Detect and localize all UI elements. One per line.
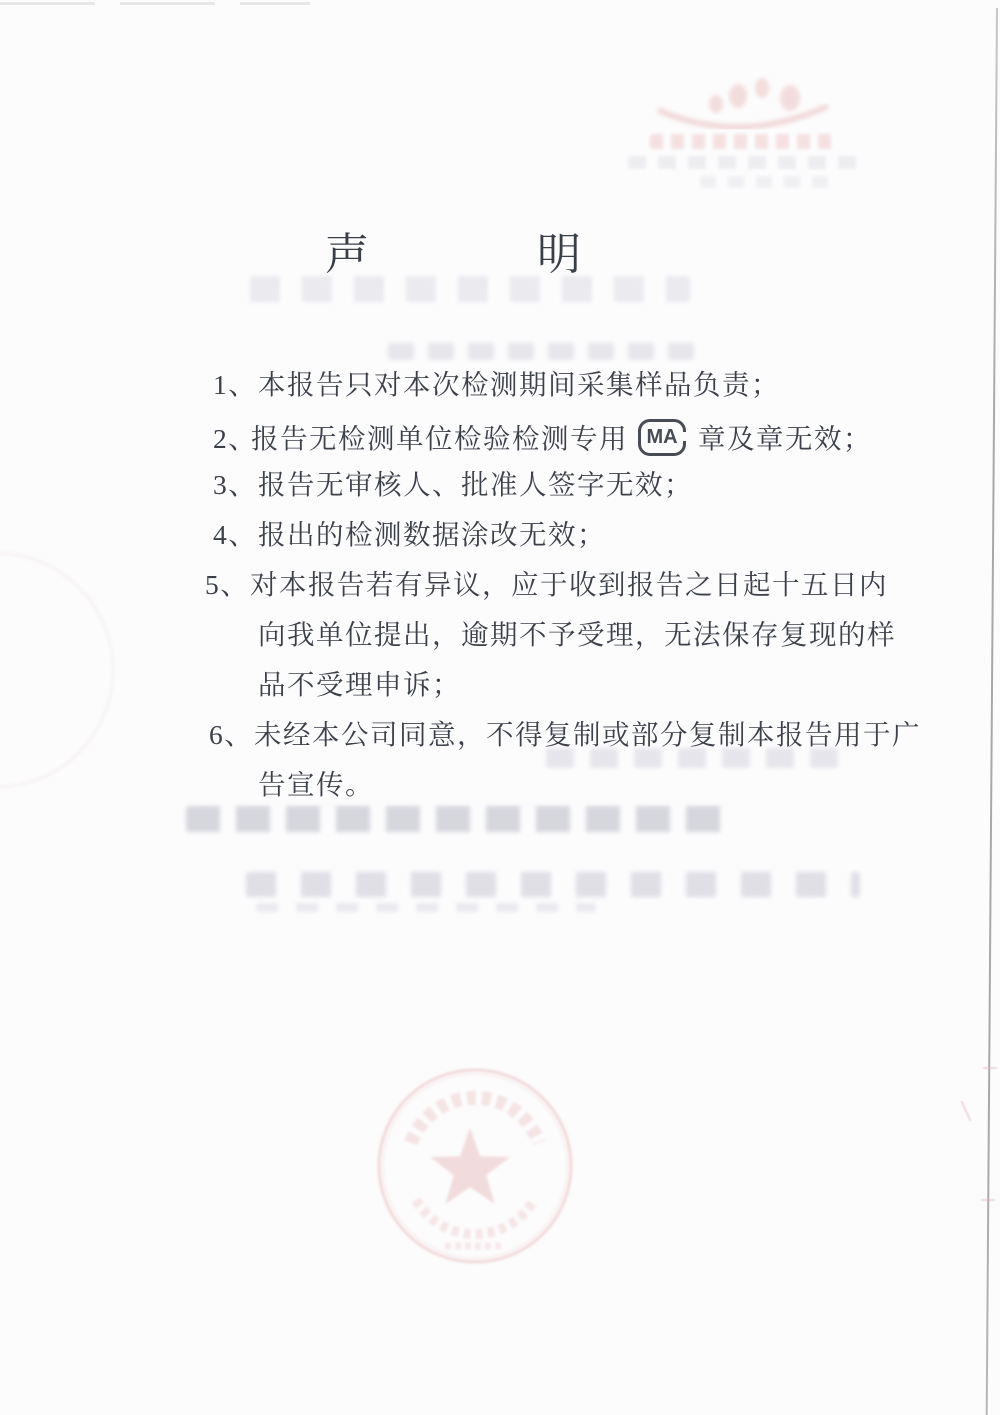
bleed-row-lower-2	[246, 872, 860, 897]
bleed-text-row	[700, 176, 832, 188]
page-title: 声 明	[325, 218, 583, 282]
bleed-digits-row	[650, 134, 836, 149]
item-text: 品不受理申诉；	[213, 664, 873, 714]
bleed-row-under-title	[250, 276, 690, 302]
item-text: 报告无审核人、批准人签字无效；	[258, 469, 693, 500]
item-number: 1、	[213, 364, 258, 406]
item-number: 2、	[213, 418, 251, 460]
item-text: 章及章无效；	[698, 418, 872, 460]
list-item-3: 3、报告无审核人、批准人签字无效；	[213, 464, 873, 514]
cma-mark-label: MA	[646, 416, 677, 458]
pink-mark	[981, 1199, 995, 1201]
bleed-row-above-list	[388, 343, 706, 360]
list-item-1: 1、本报告只对本次检测期间采集样品负责；	[213, 364, 873, 414]
declaration-list: 1、本报告只对本次检测期间采集样品负责； 2、报告无检测单位检验检测专用MA章及…	[213, 364, 873, 814]
pink-mark	[983, 1067, 997, 1069]
list-item-6: 6、未经本公司同意，不得复制或部分复制本报告用于广 告宣传。	[209, 714, 873, 814]
item-number: 5、	[205, 564, 250, 606]
item-text: 向我单位提出，逾期不予受理，无法保存复现的样	[213, 614, 873, 664]
item-text: 报出的检测数据涂改无效；	[258, 519, 606, 550]
cma-mark-icon: MA	[638, 419, 686, 456]
pink-mark	[960, 1101, 971, 1122]
title-char: 明	[537, 218, 583, 282]
item-text: 本报告只对本次检测期间采集样品负责；	[258, 369, 780, 400]
item-number: 3、	[213, 464, 258, 506]
list-item-2: 2、报告无检测单位检验检测专用MA章及章无效；	[213, 414, 873, 464]
item-text: 对本报告若有异议，应于收到报告之日起十五日内	[250, 569, 888, 600]
bleed-stamp-left-edge	[0, 552, 114, 788]
list-item-5: 5、对本报告若有异议，应于收到报告之日起十五日内 向我单位提出，逾期不予受理，无…	[205, 564, 873, 714]
scan-edge-line	[986, 8, 998, 1415]
title-char: 声	[325, 218, 371, 282]
bleed-text-row	[628, 156, 860, 169]
item-text: 未经本公司同意，不得复制或部分复制本报告用于广	[254, 719, 921, 750]
item-number: 6、	[209, 714, 254, 756]
bleed-row-lower-3	[256, 903, 596, 912]
list-item-4: 4、报出的检测数据涂改无效；	[213, 514, 873, 564]
bleed-seal-stamp	[373, 1062, 583, 1277]
item-number: 4、	[213, 514, 258, 556]
item-text: 报告无检测单位检验检测专用	[251, 418, 628, 460]
scan-top-edge	[0, 2, 310, 5]
declaration-page: 声 明 1、本报告只对本次检测期间采集样品负责； 2、报告无检测单位检验检测专用…	[0, 0, 1000, 1415]
item-text: 告宣传。	[213, 764, 873, 814]
